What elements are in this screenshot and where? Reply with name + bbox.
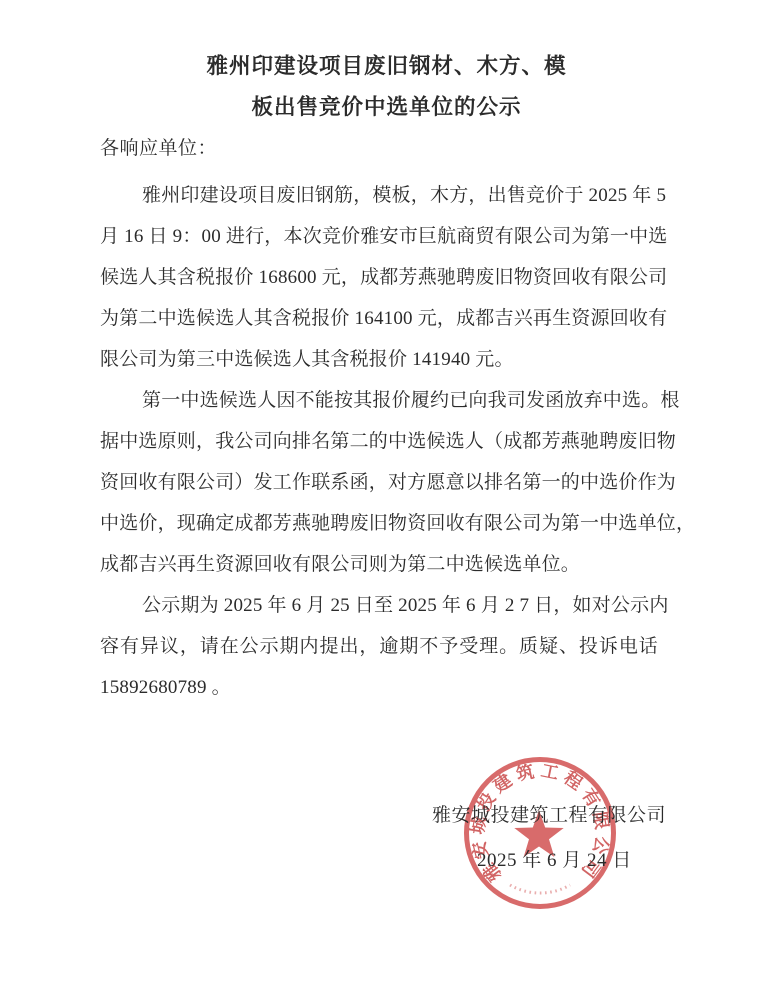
paragraph-1-line-2: 月 16 日 9：00 进行，本次竞价雅安市巨航商贸有限公司为第一中选 — [100, 216, 658, 257]
paragraph-1-line-3: 候选人其含税报价 168600 元，成都芳燕驰聘废旧物资回收有限公司 — [100, 257, 658, 298]
notice-body: 雅州印建设项目废旧钢筋，模板，木方，出售竞价于 2025 年 5 月 16 日 … — [100, 175, 658, 708]
company-seal: 雅安城投建筑工程有限公司 — [450, 743, 630, 923]
signature-date: 2025 年 6 月 24 日 — [477, 849, 632, 873]
paragraph-1-line-5: 限公司为第三中选候选人其含税报价 141940 元。 — [100, 339, 658, 380]
paragraph-3-line-1: 公示期为 2025 年 6 月 25 日至 2025 年 6 月 2 7 日，如… — [100, 585, 658, 626]
paragraph-1-line-4: 为第二中选候选人其含税报价 164100 元，成都吉兴再生资源回收有 — [100, 298, 658, 339]
paragraph-2-line-1: 第一中选候选人因不能按其报价履约已向我司发函放弃中选。根 — [100, 380, 658, 421]
scanned-notice-page: 雅州印建设项目废旧钢材、木方、模 板出售竞价中选单位的公示 各响应单位： 雅州印… — [0, 0, 773, 1007]
paragraph-2-line-2: 据中选原则，我公司向排名第二的中选候选人（成都芳燕驰聘废旧物 — [100, 421, 658, 462]
paragraph-1-line-1: 雅州印建设项目废旧钢筋，模板，木方，出售竞价于 2025 年 5 — [100, 175, 658, 216]
paragraph-2-line-4: 中选价，现确定成都芳燕驰聘废旧物资回收有限公司为第一中选单位， — [100, 503, 658, 544]
paragraph-2-line-3: 资回收有限公司）发工作联系函，对方愿意以排名第一的中选价作为 — [100, 462, 658, 503]
paragraph-2-line-5: 成都吉兴再生资源回收有限公司则为第二中选候选单位。 — [100, 544, 658, 585]
seal-serial-marks — [510, 885, 570, 893]
signature-company: 雅安城投建筑工程有限公司 — [432, 804, 666, 828]
salutation: 各响应单位： — [100, 135, 217, 162]
page-title-line-2: 板出售竞价中选单位的公示 — [0, 87, 773, 128]
page-title: 雅州印建设项目废旧钢材、木方、模 板出售竞价中选单位的公示 — [0, 46, 773, 128]
paragraph-3-line-3: 15892680789 。 — [100, 667, 658, 708]
paragraph-3-line-2: 容有异议，请在公示期内提出，逾期不予受理。质疑、投诉电话 — [100, 626, 658, 667]
page-title-line-1: 雅州印建设项目废旧钢材、木方、模 — [0, 46, 773, 87]
